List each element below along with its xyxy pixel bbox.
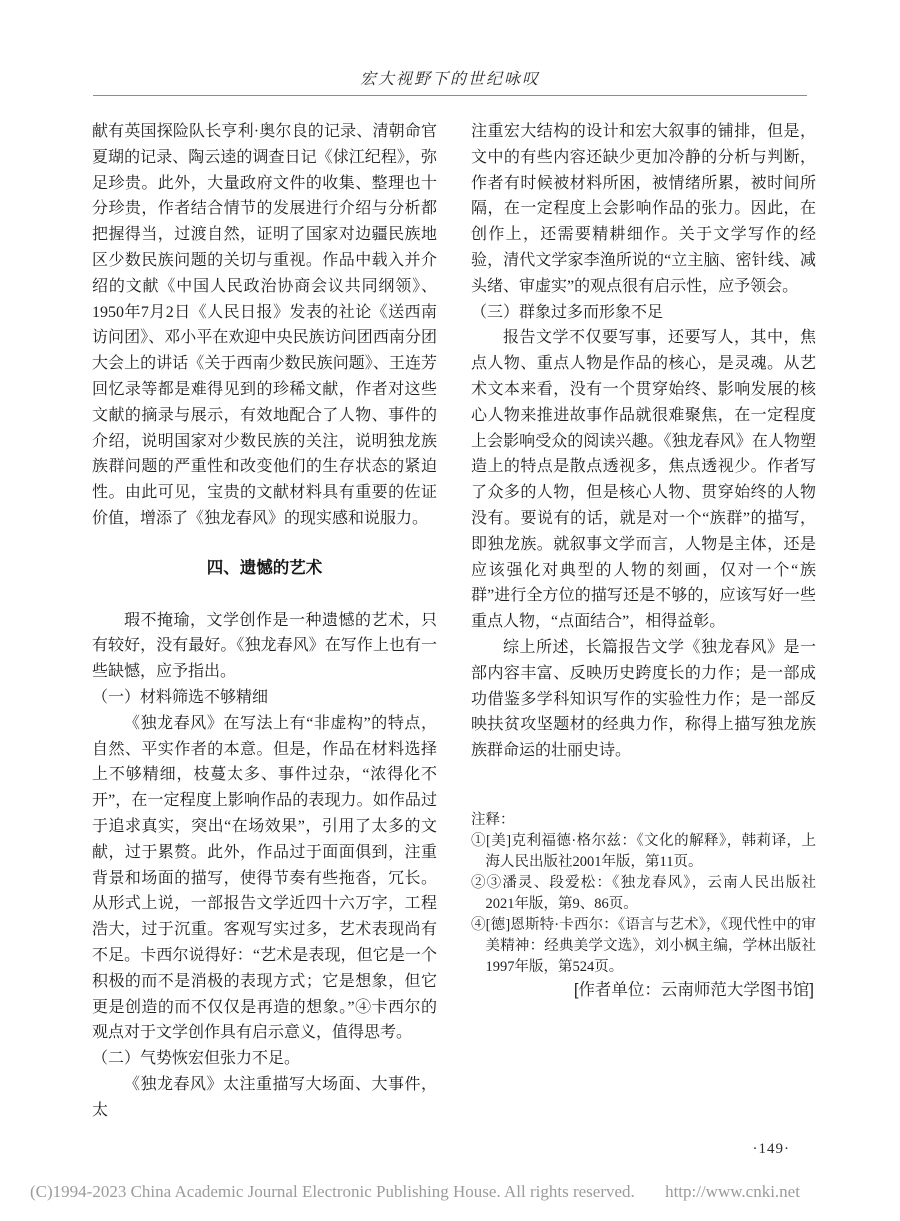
running-head: 宏大视野下的世纪咏叹	[0, 66, 900, 89]
footnotes-section: 注释： ①[美]克利福德·格尔兹：《文化的解释》，韩莉译，上海人民出版社2001…	[471, 810, 816, 978]
footnote-item: ④[德]恩斯特·卡西尔：《语言与艺术》，《现代性中的审美精神：经典美学文选》，刘…	[471, 915, 816, 978]
copyright-text: (C)1994-2023 China Academic Journal Elec…	[30, 1182, 635, 1201]
sub-heading: （二）气势恢宏但张力不足。	[92, 1046, 437, 1072]
sub-heading: （一）材料筛选不够精细	[92, 685, 437, 711]
footnotes-label: 注释：	[471, 810, 816, 831]
right-column: 注重宏大结构的设计和宏大叙事的铺排，但是，文中的有些内容还缺少更加冷静的分析与判…	[471, 119, 816, 1123]
paragraph: 报告文学不仅要写事，还要写人，其中，焦点人物、重点人物是作品的核心，是灵魂。从艺…	[471, 325, 816, 635]
author-affiliation: [作者单位：云南师范大学图书馆]	[471, 978, 816, 1004]
footer: (C)1994-2023 China Academic Journal Elec…	[30, 1182, 870, 1202]
paragraph: 瑕不掩瑜，文学创作是一种遗憾的艺术，只有较好，没有最好。《独龙春风》在写作上也有…	[92, 608, 437, 685]
header-rule	[93, 95, 807, 96]
sub-heading: （三）群象过多而形象不足	[471, 300, 816, 326]
footnote-item: ①[美]克利福德·格尔兹：《文化的解释》，韩莉译，上海人民出版社2001年版，第…	[471, 831, 816, 873]
footnotes-list: ①[美]克利福德·格尔兹：《文化的解释》，韩莉译，上海人民出版社2001年版，第…	[471, 831, 816, 978]
paragraph: 《独龙春风》在写法上有“非虚构”的特点，自然、平实作者的本意。但是，作品在材料选…	[92, 711, 437, 1046]
section-heading: 四、遗憾的艺术	[92, 556, 437, 582]
paragraph: 注重宏大结构的设计和宏大叙事的铺排，但是，文中的有些内容还缺少更加冷静的分析与判…	[471, 119, 816, 300]
paragraph: 《独龙春风》太注重描写大场面、大事件，太	[92, 1072, 437, 1124]
left-column: 献有英国探险队长亨利·奥尔良的记录、清朝命官夏瑚的记录、陶云逵的调查日记《俅江纪…	[92, 119, 437, 1123]
cnki-url[interactable]: http://www.cnki.net	[665, 1182, 800, 1201]
page-number: ·149·	[753, 1141, 791, 1158]
right-column-text: 注重宏大结构的设计和宏大叙事的铺排，但是，文中的有些内容还缺少更加冷静的分析与判…	[471, 119, 816, 764]
footnote-item: ②③潘灵、段爱松：《独龙春风》，云南人民出版社2021年版，第9、86页。	[471, 873, 816, 915]
journal-page: 宏大视野下的世纪咏叹 献有英国探险队长亨利·奥尔良的记录、清朝命官夏瑚的记录、陶…	[0, 0, 900, 1221]
paragraph: 献有英国探险队长亨利·奥尔良的记录、清朝命官夏瑚的记录、陶云逵的调查日记《俅江纪…	[92, 119, 437, 532]
two-column-body: 献有英国探险队长亨利·奥尔良的记录、清朝命官夏瑚的记录、陶云逵的调查日记《俅江纪…	[92, 119, 816, 1123]
paragraph: 综上所述，长篇报告文学《独龙春风》是一部内容丰富、反映历史跨度长的力作；是一部成…	[471, 635, 816, 764]
